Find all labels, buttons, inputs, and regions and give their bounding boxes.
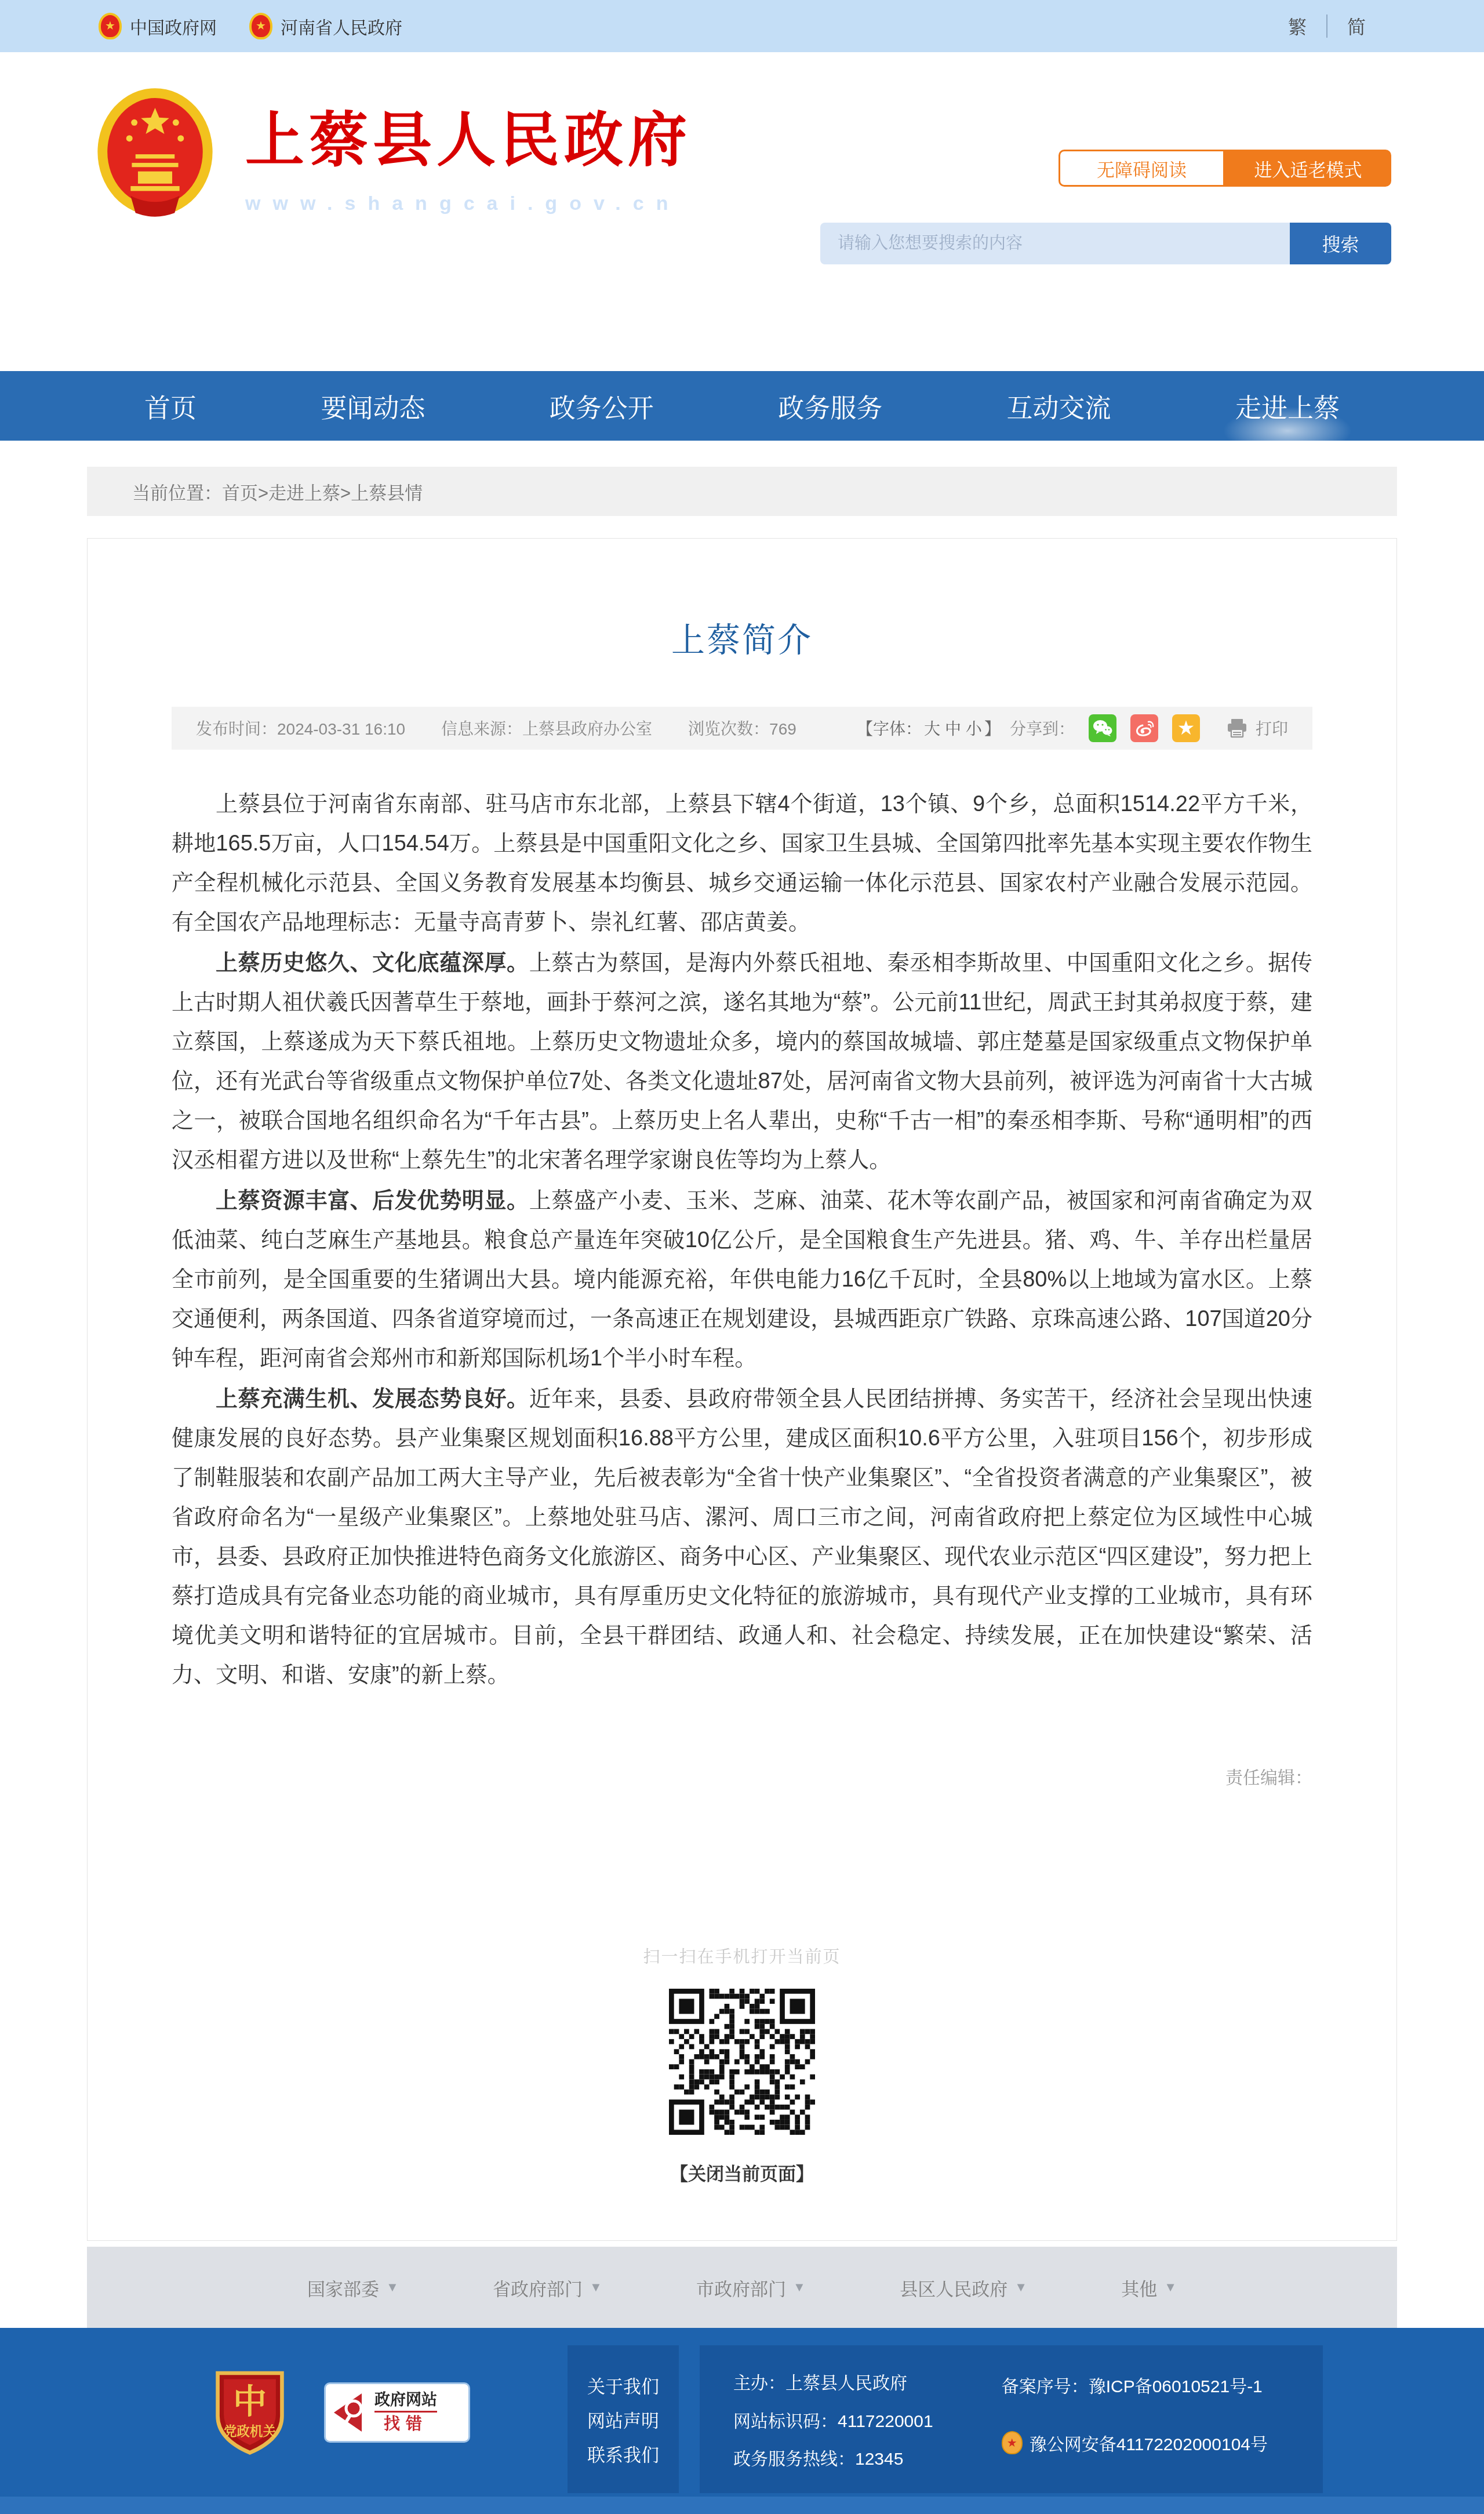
chevron-down-icon: ▼ [793,2280,806,2295]
link-henan-gov-label: 河南省人民政府 [281,13,402,39]
link-china-gov[interactable]: ★ 中国政府网 [99,13,217,39]
site-title: 上蔡县人民政府 [245,108,692,173]
paragraph: 上蔡历史悠久、文化底蕴深厚。上蔡古为蔡国，是海内外蔡氏祖地、秦丞相李斯故里、中国… [172,943,1312,1180]
breadcrumb: 当前位置： 首页>走进上蔡>上蔡县情 [87,467,1397,516]
footer-bottom-strip [0,2497,1484,2514]
footer-link-bar: 国家部委 ▼ 省政府部门 ▼ 市政府部门 ▼ 县区人民政府 ▼ 其他 ▼ [87,2247,1397,2328]
search-bar: 搜索 [820,223,1391,264]
title-block: 上蔡县人民政府 www.shangcai.gov.cn [245,108,692,215]
police-label: 豫公网安备41172202000104号 [1030,2430,1268,2455]
find-badge-texts: 政府网站 找错 [374,2391,437,2435]
paragraph-text: 上蔡古为蔡国，是海内外蔡氏祖地、秦丞相李斯故里、中国重阳文化之乡。据传上古时期人… [172,951,1312,1172]
nav-item-interaction[interactable]: 互动交流 [993,371,1125,441]
footer-nav-label: 市政府部门 [696,2275,786,2301]
nav-item-gov-open[interactable]: 政务公开 [536,371,668,441]
wechat-share-icon[interactable] [1089,714,1116,742]
find-badge-line2: 找错 [384,2414,428,2434]
chevron-down-icon: ▼ [1164,2280,1177,2295]
top-utility-bar: ★ 中国政府网 ★ 河南省人民政府 繁 简 [0,0,1484,52]
website-error-report-badge[interactable]: 政府网站 找错 [324,2382,470,2443]
qr-caption: 扫一扫在手机打开当前页 [172,1944,1312,1968]
gov-links: ★ 中国政府网 ★ 河南省人民政府 [99,13,1268,39]
footer-nav-label: 省政府部门 [493,2275,583,2301]
link-china-gov-label: 中国政府网 [130,13,217,39]
footer-nav-county[interactable]: 县区人民政府 ▼ [900,2275,1027,2301]
footer-link-contact[interactable]: 联系我们 [587,2440,659,2466]
paragraph: 上蔡县位于河南省东南部、驻马店市东北部，上蔡县下辖4个街道，13个镇、9个乡，总… [172,784,1312,942]
language-switch: 繁 简 [1268,13,1385,39]
site-code-row: 网站标识码：4117220001 [733,2407,933,2432]
article-body: 上蔡县位于河南省东南部、驻马店市东北部，上蔡县下辖4个街道，13个镇、9个乡，总… [172,784,1312,1695]
paragraph: 上蔡资源丰富、后发优势明显。上蔡盛产小麦、玉米、芝麻、油菜、花木等农副产品，被国… [172,1181,1312,1378]
main-nav: 首页 要闻动态 政务公开 政务服务 互动交流 走进上蔡 [0,371,1484,441]
paragraph-text: 上蔡盛产小麦、玉米、芝麻、油菜、花木等农副产品，被国家和河南省确定为双低油菜、纯… [172,1189,1312,1371]
publish-time: 发布时间：2024-03-31 16:10 [196,717,405,740]
footer-nav-province[interactable]: 省政府部门 ▼ [493,2275,602,2301]
print-button[interactable]: 打印 [1225,717,1288,740]
lang-simplified-button[interactable]: 简 [1327,13,1385,39]
paragraph-lead: 上蔡充满生机、发展态势良好。 [216,1387,529,1411]
hotline-row: 政务服务热线：12345 [733,2444,933,2470]
footer-info-left: 主办：上蔡县人民政府 网站标识码：4117220001 政务服务热线：12345 [733,2368,933,2470]
article-meta-bar: 发布时间：2024-03-31 16:10 信息来源：上蔡县政府办公室 浏览次数… [172,707,1312,750]
footer-link-statement[interactable]: 网站声明 [587,2406,659,2432]
editor-line: 责任编辑： [172,1763,1312,1789]
weibo-glyph [1134,720,1154,737]
qr-section: 扫一扫在手机打开当前页 【关闭当前页面】 [172,1944,1312,2185]
party-gov-badge[interactable]: 中 党政机关 [212,2368,288,2457]
footer-nav-city[interactable]: 市政府部门 ▼ [696,2275,806,2301]
font-ctl-open: 【字体： [857,720,922,738]
share-label: 分享到： [1010,717,1075,740]
accessibility-button[interactable]: 无障碍阅读 [1059,150,1225,187]
article-title: 上蔡简介 [172,613,1312,662]
printer-icon [1225,718,1249,739]
header-tools: 无障碍阅读 进入适老模式 搜索 [820,150,1391,264]
national-emblem-icon: ★ [99,13,122,39]
paragraph-lead: 上蔡资源丰富、后发优势明显。 [216,1189,529,1213]
lang-traditional-button[interactable]: 繁 [1268,13,1326,39]
footer-badges: 中 党政机关 政府网站 找错 [212,2338,470,2486]
nav-item-news[interactable]: 要闻动态 [307,371,439,441]
link-henan-gov[interactable]: ★ 河南省人民政府 [249,13,402,39]
icp-row[interactable]: 备案序号：豫ICP备06010521号-1 [1002,2372,1268,2397]
font-ctl-close: 】 [984,720,1001,738]
footer-nav-label: 其他 [1121,2275,1157,2301]
wechat-glyph [1093,720,1112,737]
nav-item-home[interactable]: 首页 [130,371,210,441]
footer-link-about[interactable]: 关于我们 [587,2372,659,2398]
breadcrumb-prefix: 当前位置： [132,478,222,504]
info-source: 信息来源：上蔡县政府办公室 [441,717,652,740]
chevron-down-icon: ▼ [590,2280,602,2295]
font-medium-button[interactable]: 中 [943,720,963,738]
qr-code [669,1989,815,2135]
weibo-share-icon[interactable] [1130,714,1158,742]
search-input[interactable] [820,223,1290,264]
font-size-control: 【字体：大中小】 [857,717,1001,740]
nav-item-gov-service[interactable]: 政务服务 [764,371,896,441]
paragraph-text: 近年来，县委、县政府带领全县人民团结拼搏、务实苦干，经济社会呈现出快速健康发展的… [172,1387,1312,1687]
national-emblem-icon: ★ [249,13,272,39]
mode-buttons: 无障碍阅读 进入适老模式 [820,150,1391,187]
paragraph-text: 上蔡县位于河南省东南部、驻马店市东北部，上蔡县下辖4个街道，13个镇、9个乡，总… [172,792,1312,935]
qzone-share-icon[interactable]: ★ [1172,714,1200,742]
site-url: www.shangcai.gov.cn [245,192,692,215]
breadcrumb-path[interactable]: 首页>走进上蔡>上蔡县情 [222,478,423,504]
font-large-button[interactable]: 大 [922,720,943,738]
site-header: 上蔡县人民政府 www.shangcai.gov.cn 无障碍阅读 进入适老模式… [0,52,1484,371]
article-card: 上蔡简介 发布时间：2024-03-31 16:10 信息来源：上蔡县政府办公室… [87,538,1397,2241]
search-button[interactable]: 搜索 [1290,223,1391,264]
footer-nav-other[interactable]: 其他 ▼ [1121,2275,1177,2301]
page-container: 当前位置： 首页>走进上蔡>上蔡县情 上蔡简介 发布时间：2024-03-31 … [87,467,1397,2328]
footer-info-panel: 主办：上蔡县人民政府 网站标识码：4117220001 政务服务热线：12345… [700,2345,1323,2493]
police-badge-icon: ★ [1002,2431,1023,2454]
paragraph-lead: 上蔡历史悠久、文化底蕴深厚。 [216,951,529,975]
elderly-mode-button[interactable]: 进入适老模式 [1225,150,1391,187]
magnifier-icon [333,2392,369,2433]
svg-text:中: 中 [233,2382,267,2420]
footer-links-panel: 关于我们 网站声明 联系我们 [568,2345,679,2493]
chevron-down-icon: ▼ [1014,2280,1027,2295]
footer-nav-national[interactable]: 国家部委 ▼ [307,2275,399,2301]
meta-tools: 【字体：大中小】 分享到： [857,714,1288,742]
find-badge-line1: 政府网站 [374,2391,437,2413]
view-count: 浏览次数：769 [688,717,796,740]
footer-nav-label: 县区人民政府 [900,2275,1007,2301]
close-page-button[interactable]: 【关闭当前页面】 [670,2159,814,2185]
footer-nav-label: 国家部委 [307,2275,379,2301]
site-footer: 中 党政机关 政府网站 找错 关于我们 网站声明 联系我们 主办：上蔡县人民政府… [0,2328,1484,2514]
paragraph: 上蔡充满生机、发展态势良好。近年来，县委、县政府带领全县人民团结拼搏、务实苦干，… [172,1379,1312,1695]
font-small-button[interactable]: 小 [963,720,984,738]
host-row: 主办：上蔡县人民政府 [733,2368,933,2394]
footer-info-right: 备案序号：豫ICP备06010521号-1 ★ 豫公网安备41172202000… [1002,2368,1268,2470]
chevron-down-icon: ▼ [386,2280,399,2295]
national-emblem-logo [93,86,217,220]
police-row[interactable]: ★ 豫公网安备41172202000104号 [1002,2430,1268,2455]
print-label: 打印 [1256,717,1288,740]
svg-text:党政机关: 党政机关 [224,2424,276,2439]
nav-item-about-shangcai[interactable]: 走进上蔡 [1221,371,1354,441]
